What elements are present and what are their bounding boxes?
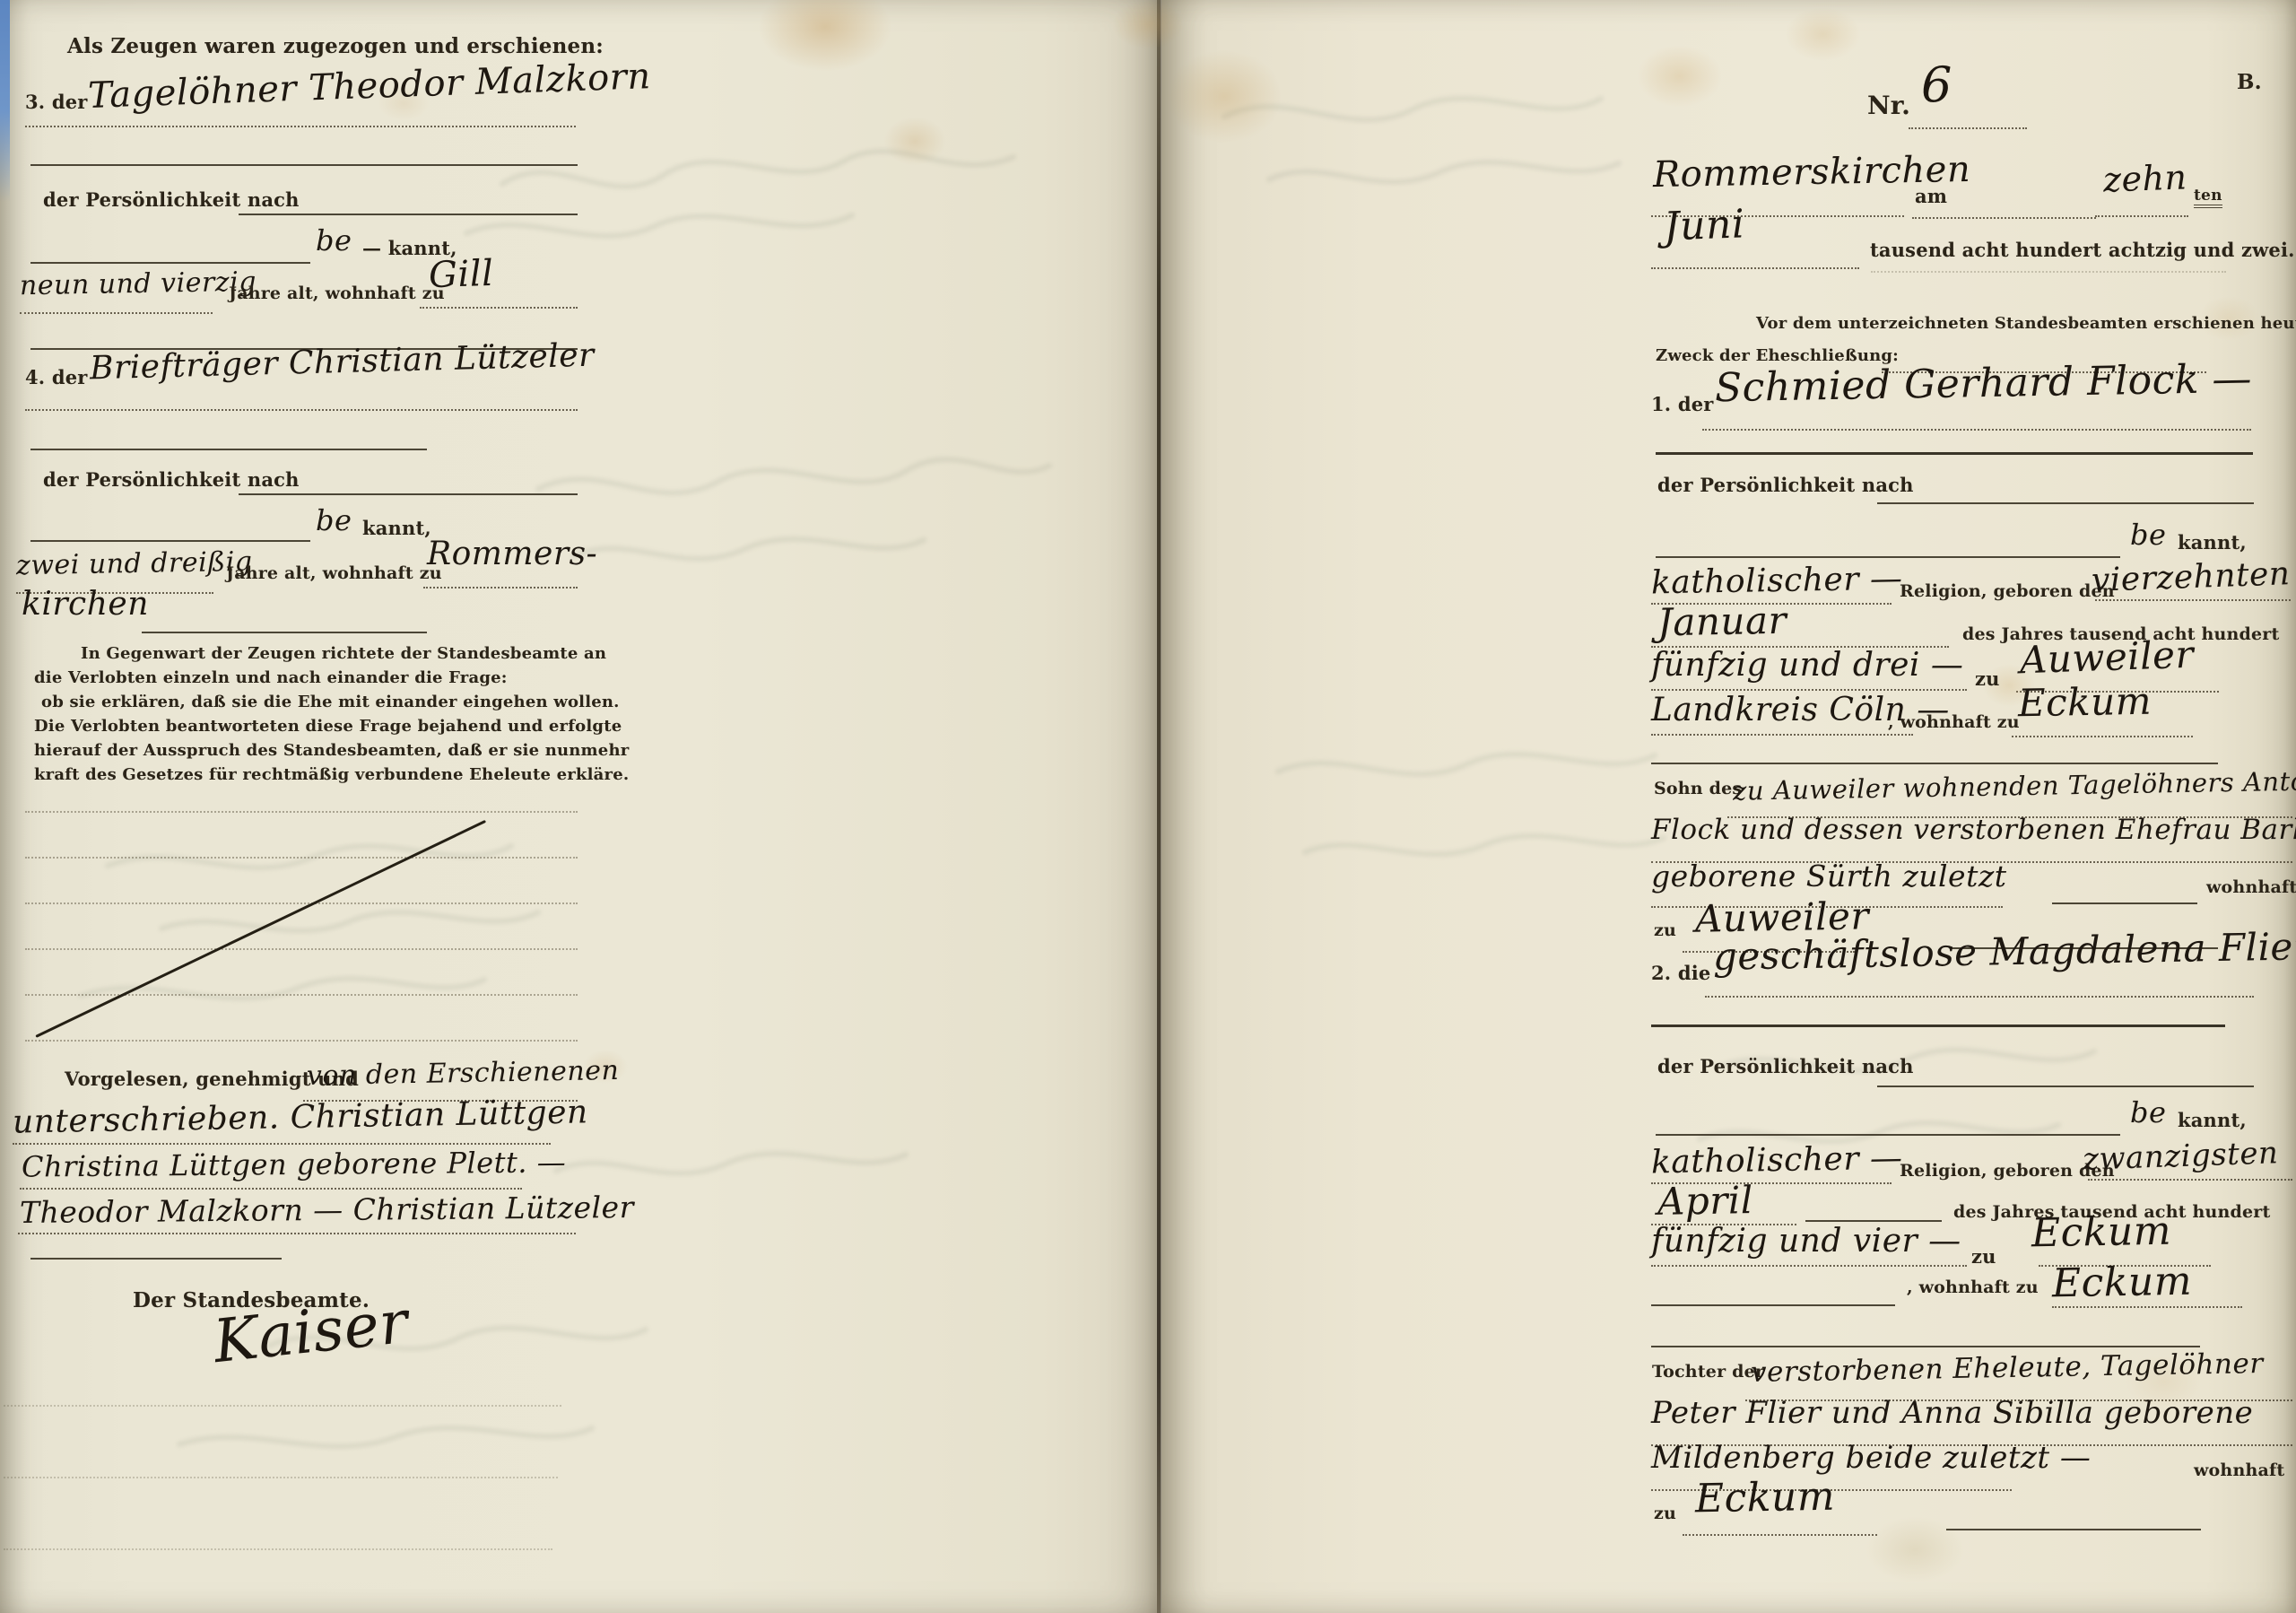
be-entry-2: be xyxy=(316,506,352,535)
declaration-line-1: In Gegenwart der Zeugen richtete der Sta… xyxy=(81,646,606,662)
witness4-age-entry: zwei und dreißig xyxy=(16,549,253,580)
rule-line xyxy=(25,1040,578,1042)
rule-line xyxy=(30,540,310,542)
witness4-residence-entry-1: Rommers- xyxy=(427,538,597,571)
rule-line xyxy=(1909,127,2027,129)
bride-birth-month-entry: April xyxy=(1657,1181,1753,1221)
left-page xyxy=(0,0,1159,1613)
rule-line xyxy=(1877,502,2254,504)
rule-line xyxy=(1651,1304,1895,1306)
witness4-residence-entry-2: kirchen xyxy=(22,589,149,621)
witness-heading: Als Zeugen waren zugezogen und erschiene… xyxy=(67,36,604,57)
rule-line xyxy=(1877,1086,2254,1087)
rule-line xyxy=(1651,1265,1967,1267)
intro-line-1: Vor dem unterzeichneten Standesbeamten e… xyxy=(1756,316,2296,332)
identity-label-1: der Persönlichkeit nach xyxy=(43,190,300,209)
groom-birth-month-entry: Januar xyxy=(1657,602,1787,642)
identity-label-2: der Persönlichkeit nach xyxy=(43,470,300,489)
zu-label-3: zu xyxy=(1971,1247,1996,1266)
rule-line xyxy=(25,409,578,411)
intro-line-2: Zweck der Eheschließung: xyxy=(1656,348,1899,364)
rule-line xyxy=(142,632,427,633)
rule-line xyxy=(4,1405,561,1407)
rule-line xyxy=(4,1477,558,1478)
rule-line xyxy=(1651,763,2218,764)
identity-label-bride: der Persönlichkeit nach xyxy=(1657,1057,1914,1076)
bride-religion-entry: katholischer — xyxy=(1651,1143,1903,1180)
bride-prefix: 2. die xyxy=(1651,963,1710,982)
age-suffix-label-1: Jahre alt, wohnhaft zu xyxy=(229,285,445,302)
be-entry-bride: be xyxy=(2130,1098,2166,1127)
day-ordinal-suffix: ten xyxy=(2194,188,2222,208)
rule-line xyxy=(20,312,213,314)
declaration-line-4: Die Verlobten beantworteten diese Frage … xyxy=(34,719,622,735)
son-line-3-entry: geborene Sürth zuletzt xyxy=(1651,861,2007,891)
wohnhaft-label-4: wohnhaft xyxy=(2194,1462,2284,1479)
rule-line xyxy=(18,1233,576,1234)
daughter-residence-entry: Eckum xyxy=(1695,1478,1836,1520)
bride-birth-place-entry: Eckum xyxy=(2031,1212,2172,1254)
rule-line xyxy=(1651,267,1859,269)
wohnhaft-label-2: wohnhaft xyxy=(2206,879,2296,896)
rule-line xyxy=(1912,217,2096,219)
signature-line-3: Theodor Malzkorn — Christian Lützeler xyxy=(20,1192,634,1227)
record-number-entry: 6 xyxy=(1921,61,1952,109)
day-entry: zehn xyxy=(2102,160,2187,196)
rule-line xyxy=(25,948,578,950)
rule-line xyxy=(2012,736,2193,737)
rule-line xyxy=(25,994,578,996)
corner-label: B. xyxy=(2237,72,2262,92)
rule-line xyxy=(423,587,578,589)
religion-label-1: Religion, geboren den xyxy=(1900,583,2115,600)
bride-residence-entry: Eckum xyxy=(2052,1262,2193,1304)
zu-label-1: zu xyxy=(1975,669,2000,688)
be-entry-groom: be xyxy=(2130,520,2166,549)
signature-line-2: Christina Lüttgen geborene Plett. — xyxy=(22,1147,566,1181)
wohnhaft-label-1: , wohnhaft zu xyxy=(1888,714,2020,731)
declaration-line-6: kraft des Gesetzes für rechtmäßig verbun… xyxy=(34,767,629,783)
declaration-line-3: ob sie erklären, daß sie die Ehe mit ein… xyxy=(41,694,620,711)
rule-line xyxy=(2095,599,2291,601)
rule-line xyxy=(1871,271,2226,273)
rule-line xyxy=(30,449,427,450)
rule-line xyxy=(30,262,310,264)
zu-label-4: zu xyxy=(1654,1505,1676,1522)
year-printed-text: tausend acht hundert achtzig und zwei. xyxy=(1870,240,2295,259)
declaration-line-2: die Verlobten einzeln und nach einander … xyxy=(34,670,508,686)
wohnhaft-label-3: , wohnhaft zu xyxy=(1907,1279,2039,1296)
rule-line xyxy=(25,902,578,904)
bride-birth-day-entry: zwanzigsten xyxy=(2082,1138,2278,1175)
groom-religion-entry: katholischer — xyxy=(1651,563,1903,600)
groom-birth-place-entry: Auweiler xyxy=(2019,636,2194,680)
daughter-line-3-entry: Mildenberg beide zuletzt — xyxy=(1651,1443,2091,1473)
bride-birth-year-entry: fünfzig und vier — xyxy=(1651,1225,1961,1258)
rule-line xyxy=(1702,429,2251,431)
son-label: Sohn des xyxy=(1654,780,1742,798)
zu-label-2: zu xyxy=(1654,922,1676,939)
page-edge-blue-strip xyxy=(0,0,10,202)
ink-bleed-through xyxy=(0,0,1157,1613)
rule-line xyxy=(1683,1534,1877,1536)
am-label: am xyxy=(1915,187,1947,205)
rule-line xyxy=(1805,1220,1942,1222)
witness3-age-entry: neun und vierzig xyxy=(20,269,257,301)
rule-line xyxy=(1656,1134,2120,1136)
rule-line xyxy=(239,214,578,215)
rule-line xyxy=(1651,734,1913,736)
rule-line xyxy=(30,1258,282,1260)
age-suffix-label-2: Jahre alt, wohnhaft zu xyxy=(226,565,442,582)
month-entry: Juni xyxy=(1663,205,1745,247)
rule-line xyxy=(1651,1346,2200,1347)
be-entry-1: be xyxy=(316,226,352,255)
groom-birth-day-entry: vierzehnten xyxy=(2091,558,2291,597)
rule-line xyxy=(25,811,578,813)
rule-line xyxy=(2052,1306,2242,1308)
rule-line xyxy=(20,1188,522,1190)
witness4-prefix: 4. der xyxy=(25,368,88,387)
kannt-label-bride: kannt, xyxy=(2178,1111,2247,1129)
rule-line xyxy=(1946,1529,2201,1530)
rule-line xyxy=(30,164,578,166)
rule-line xyxy=(2095,215,2188,217)
declaration-line-5: hierauf der Ausspruch des Standesbeamten… xyxy=(34,743,629,759)
book-binding-gutter xyxy=(1157,0,1161,1613)
rule-line xyxy=(4,1548,552,1550)
witness3-residence-entry: Gill xyxy=(428,256,494,294)
rule-line xyxy=(2052,902,2197,904)
groom-prefix: 1. der xyxy=(1651,395,1714,414)
closing-handwritten-entry: von den Erschienenen xyxy=(307,1058,620,1090)
rule-line xyxy=(13,1143,551,1145)
bride-name-entry: geschäftslose Magdalena Flier xyxy=(1713,928,2296,976)
rule-line xyxy=(25,126,576,127)
groom-birth-year-entry: fünfzig und drei — xyxy=(1651,650,1963,682)
rule-line xyxy=(25,857,578,859)
rule-line xyxy=(1705,996,2254,998)
groom-residence-entry: Eckum xyxy=(2018,683,2152,723)
witness3-prefix: 3. der xyxy=(25,92,88,111)
daughter-line-2-entry: Peter Flier und Anna Sibilla geborene xyxy=(1651,1398,2253,1428)
groom-name-entry: Schmied Gerhard Flock — xyxy=(1715,360,2253,408)
rule-line xyxy=(420,307,578,309)
rule-line xyxy=(1651,1024,2225,1027)
rule-line xyxy=(1656,556,2120,558)
identity-label-groom: der Persönlichkeit nach xyxy=(1657,475,1914,494)
rule-line xyxy=(1656,452,2253,455)
kannt-label-2: kannt, xyxy=(362,519,431,537)
record-number-label: Nr. xyxy=(1867,93,1910,118)
rule-line xyxy=(239,493,578,495)
daughter-label: Tochter der xyxy=(1652,1364,1764,1381)
kannt-label-groom: kannt, xyxy=(2178,533,2247,552)
rule-line xyxy=(1651,689,1967,691)
son-line-2-entry: Flock und dessen verstorbenen Ehefrau Ba… xyxy=(1651,816,2296,844)
rule-line xyxy=(2088,1179,2292,1181)
register-spread: Als Zeugen waren zugezogen und erschiene… xyxy=(0,0,2296,1613)
